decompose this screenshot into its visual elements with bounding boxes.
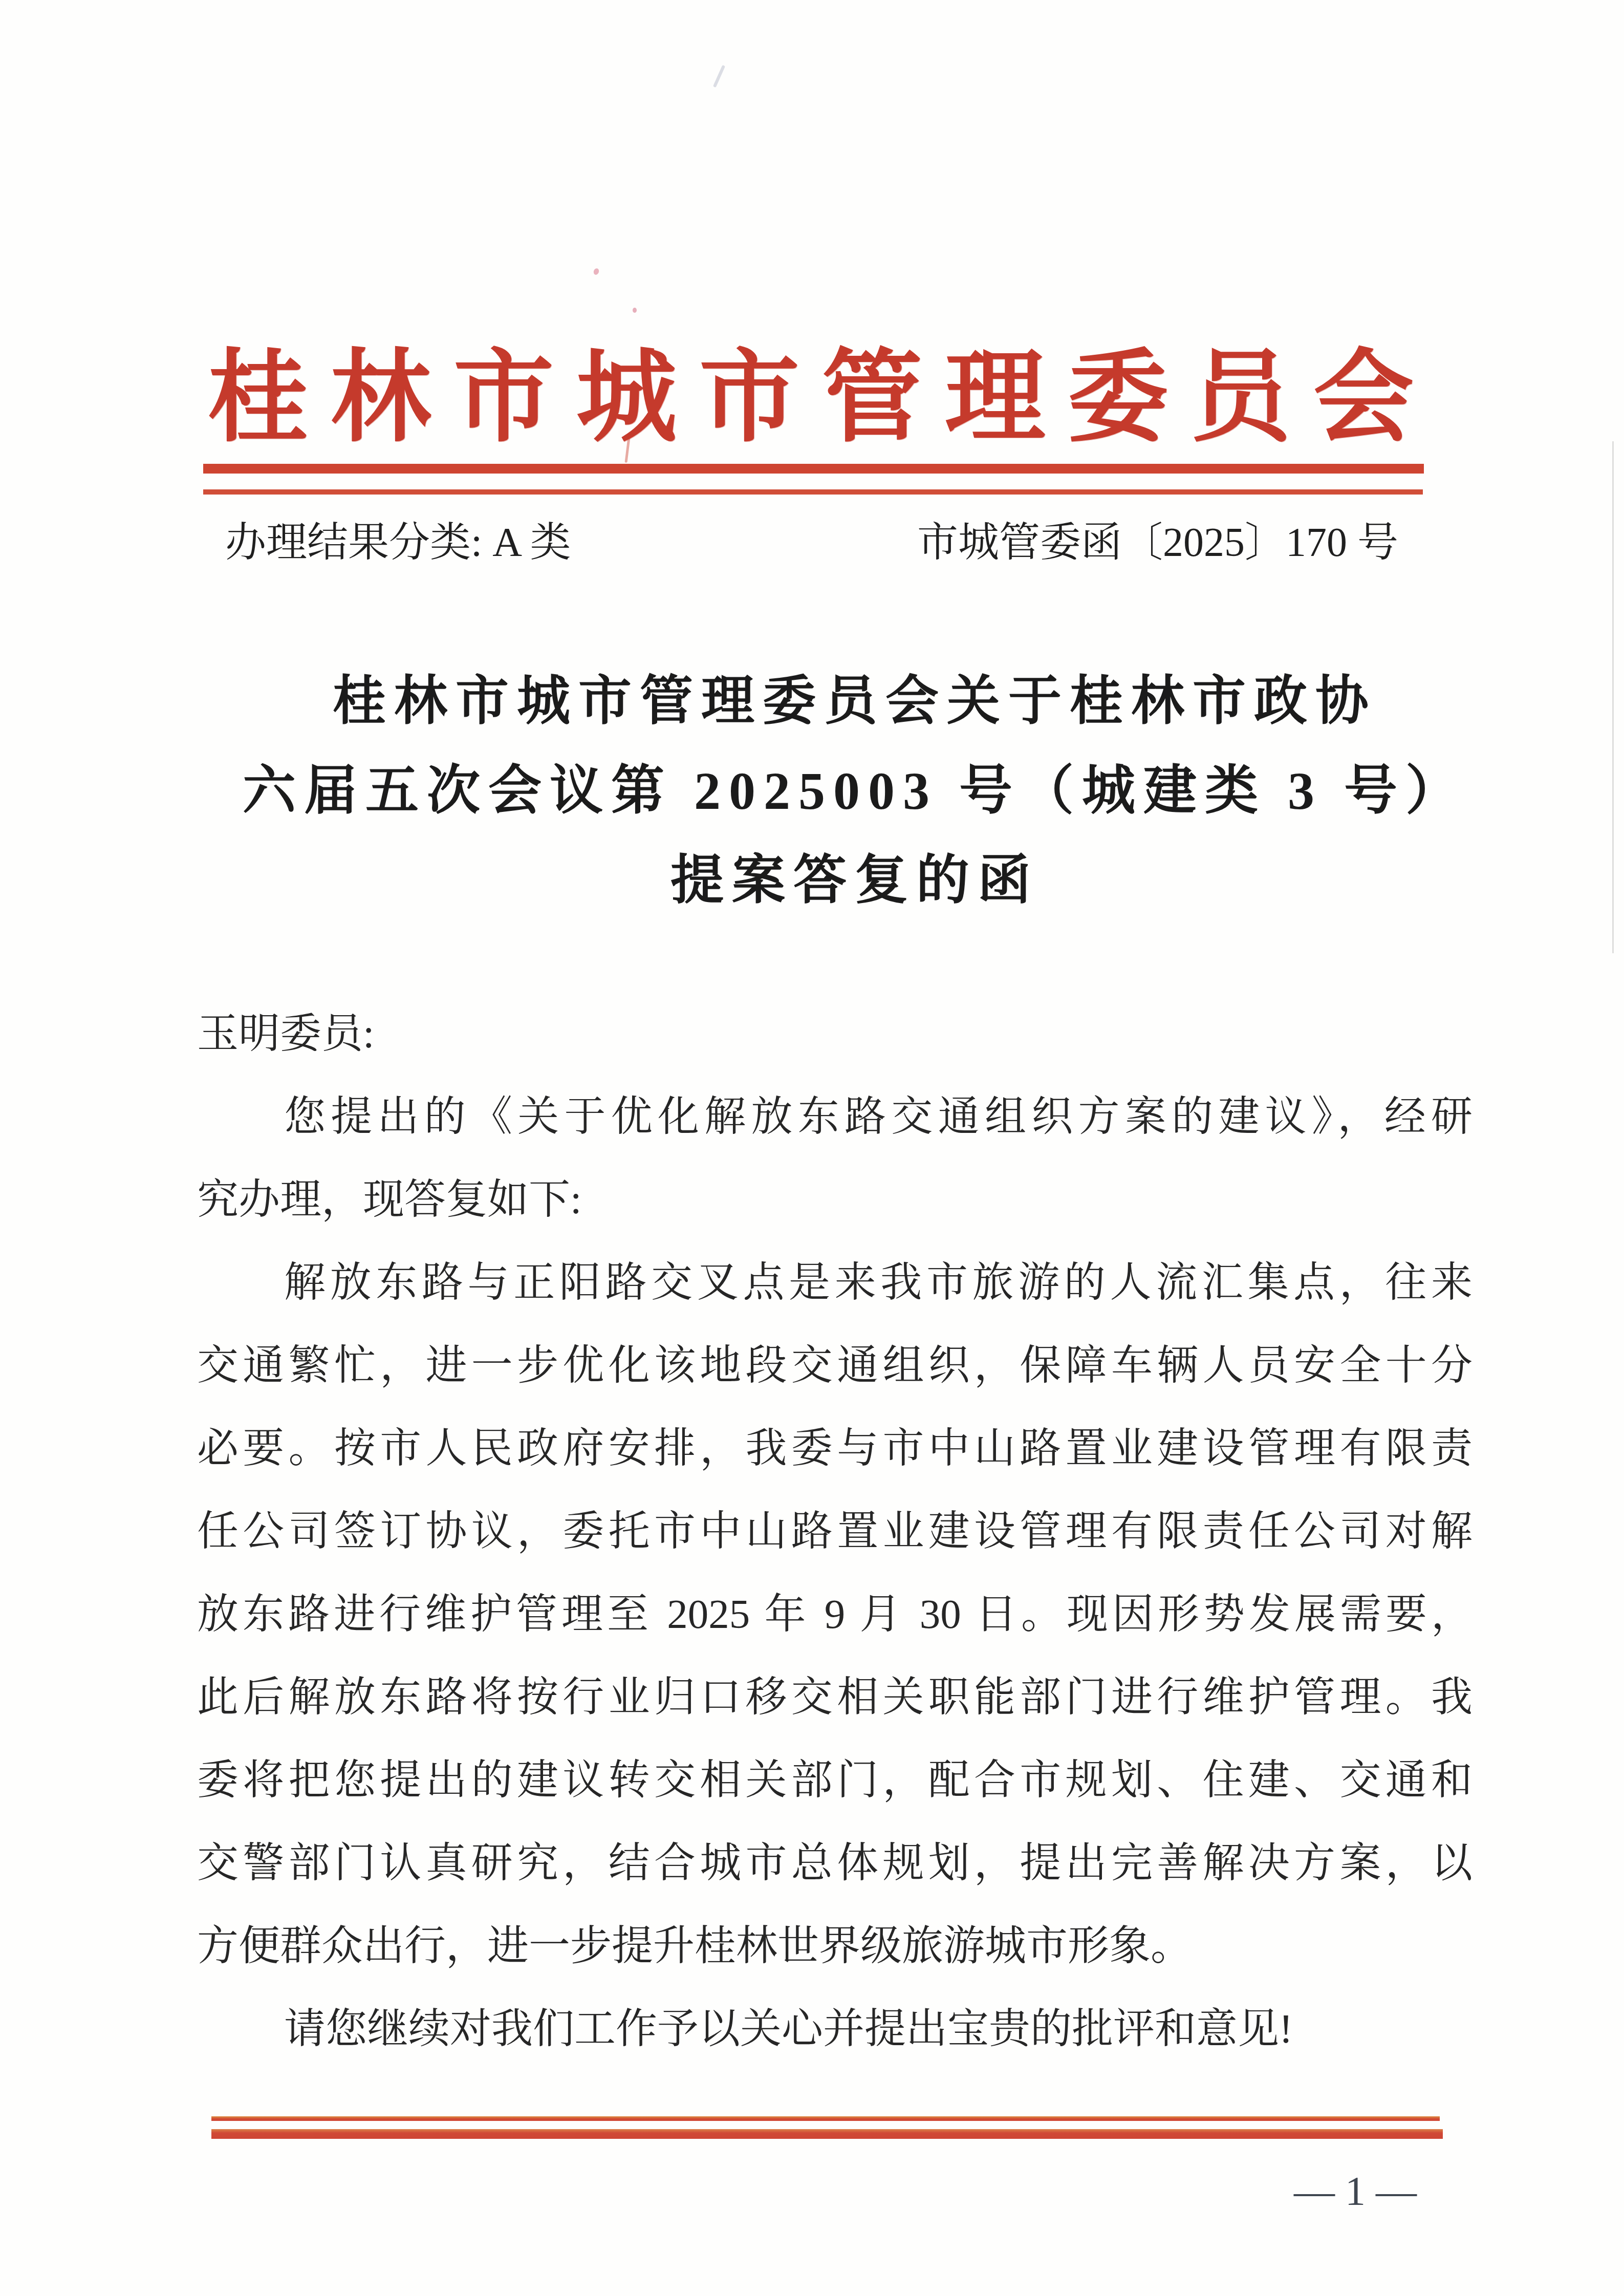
- scanned-letter-page: 桂林市城市管理委员会 办理结果分类: A 类 市城管委函〔2025〕170 号 …: [0, 0, 1624, 2296]
- document-title-line-3: 提案答复的函: [220, 836, 1489, 926]
- body-line: 究办理，现答复如下:: [197, 1158, 1473, 1241]
- letterhead-info-row: 办理结果分类: A 类 市城管委函〔2025〕170 号: [225, 509, 1398, 558]
- result-classification-label: 办理结果分类: A 类: [225, 509, 571, 568]
- body-line: 任公司签订协议，委托市中山路置业建设管理有限责任公司对解: [197, 1490, 1473, 1573]
- body-line: 您提出的《关于优化解放东路交通组织方案的建议》，经研: [197, 1075, 1473, 1158]
- document-number: 市城管委函〔2025〕170 号: [917, 509, 1398, 568]
- body-line: 交通繁忙，进一步优化该地段交通组织，保障车辆人员安全十分: [197, 1324, 1473, 1407]
- footer-rule-thin: [211, 2116, 1440, 2121]
- footer-rule-thick: [211, 2129, 1443, 2139]
- body-line: 解放东路与正阳路交叉点是来我市旅游的人流汇集点，往来: [197, 1241, 1473, 1324]
- body-line: 委将把您提出的建议转交相关部门，配合市规划、住建、交通和: [197, 1739, 1473, 1821]
- document-title-line-1: 桂林市城市管理委员会关于桂林市政协: [220, 657, 1489, 746]
- body-line: 必要。按市人民政府安排，我委与市中山路置业建设管理有限责: [197, 1407, 1473, 1490]
- scan-artifact-mark: [593, 268, 600, 276]
- scan-page-edge-line: [1612, 441, 1614, 953]
- body-line: 交警部门认真研究，结合城市总体规划，提出完善解决方案，以: [197, 1821, 1473, 1904]
- body-line: 此后解放东路将按行业归口移交相关职能部门进行维护管理。我: [197, 1656, 1473, 1739]
- salutation-line: 玉明委员:: [197, 992, 1473, 1075]
- letter-body: 玉明委员: 您提出的《关于优化解放东路交通组织方案的建议》，经研 究办理，现答复…: [197, 992, 1473, 2070]
- agency-letterhead-title: 桂林市城市管理委员会: [208, 316, 1436, 461]
- document-title: 桂林市城市管理委员会关于桂林市政协 六届五次会议第 2025003 号（城建类 …: [220, 657, 1489, 926]
- page-number: — 1 —: [1253, 2169, 1458, 2215]
- letterhead-rule-thin: [203, 489, 1423, 495]
- scan-artifact-mark: [713, 65, 725, 88]
- letterhead-rule-thick: [203, 464, 1424, 474]
- body-line: 放东路进行维护管理至 2025 年 9 月 30 日。现因形势发展需要，: [197, 1573, 1473, 1656]
- body-line: 方便群众出行，进一步提升桂林世界级旅游城市形象。: [197, 1904, 1473, 1987]
- document-title-line-2: 六届五次会议第 2025003 号（城建类 3 号）: [220, 746, 1489, 836]
- scan-artifact-mark: [633, 308, 637, 313]
- closing-line: 请您继续对我们工作予以关心并提出宝贵的批评和意见!: [197, 1987, 1473, 2070]
